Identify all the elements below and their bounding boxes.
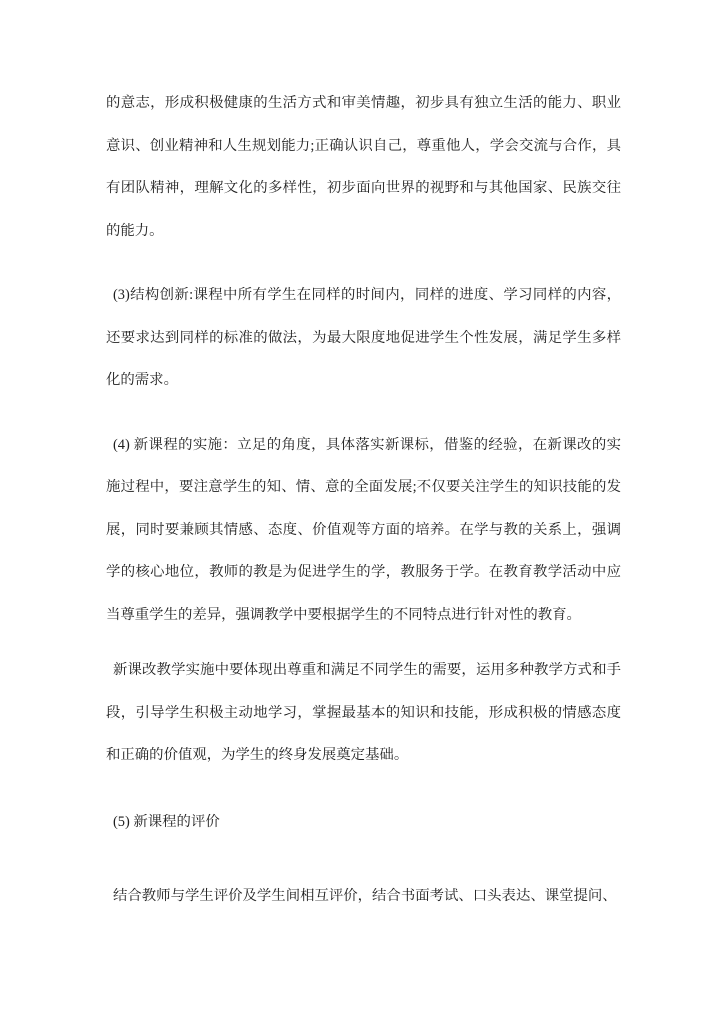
paragraph: (3)结构创新:课程中所有学生在同样的时间内，同样的进度、学习同样的内容，还要求… xyxy=(106,274,621,402)
document-body: 的意志，形成积极健康的生活方式和审美情趣，初步具有独立生活的能力、职业意识、创业… xyxy=(106,82,621,918)
paragraph: (4) 新课程的实施：立足的角度，具体落实新课标，借鉴的经验，在新课改的实施过程… xyxy=(106,424,621,637)
paragraph: 结合教师与学生评价及学生间相互评价，结合书面考试、口头表达、课堂提问、 xyxy=(106,875,621,918)
paragraph: 的意志，形成积极健康的生活方式和审美情趣，初步具有独立生活的能力、职业意识、创业… xyxy=(106,82,621,252)
paragraph: (5) 新课程的评价 xyxy=(106,801,621,844)
paragraph: 新课改教学实施中要体现出尊重和满足不同学生的需要，运用多种教学方式和手段，引导学… xyxy=(106,649,621,777)
document-page: 的意志，形成积极健康的生活方式和审美情趣，初步具有独立生活的能力、职业意识、创业… xyxy=(0,0,721,1020)
